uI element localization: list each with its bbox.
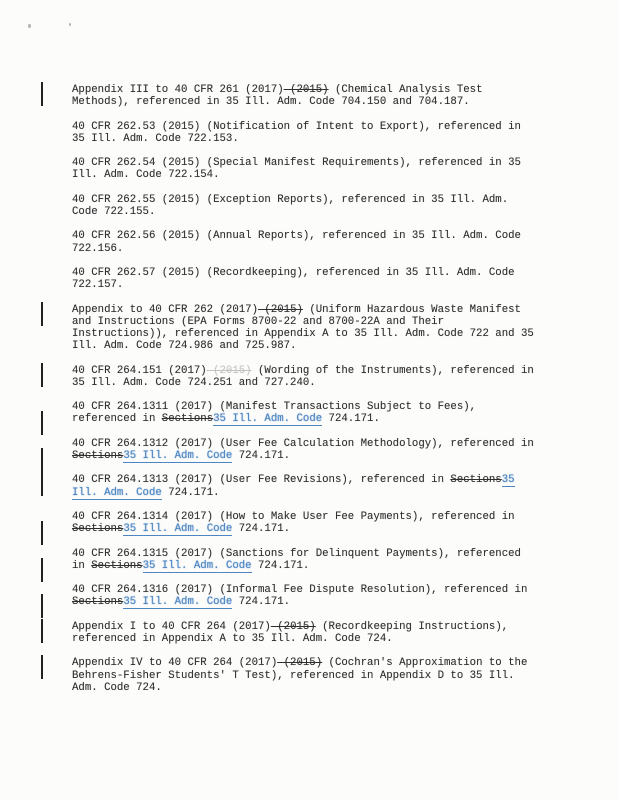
paragraph: 40 CFR 262.54 (2015) (Special Manifest R…: [72, 157, 538, 181]
paragraph: Appendix to 40 CFR 262 (2017) (2015) (Un…: [72, 304, 538, 353]
scan-speck: [69, 23, 71, 26]
text-segment: 40 CFR 264.1313 (2017) (User Fee Revisio…: [72, 474, 450, 486]
text-segment: 40 CFR 262.55 (2015) (Exception Reports)…: [72, 194, 508, 218]
inserted-text: 35 Ill. Adm. Code: [213, 413, 322, 426]
paragraph: 40 CFR 264.1315 (2017) (Sanctions for De…: [72, 548, 538, 572]
scanned-document-page: Appendix III to 40 CFR 261 (2017) (2015)…: [0, 0, 618, 800]
paragraph: Appendix IV to 40 CFR 264 (2017) (2015) …: [72, 657, 538, 694]
change-bar: [41, 558, 43, 582]
change-bar: [41, 82, 43, 106]
text-segment: 724.171.: [162, 487, 220, 499]
text-segment: 724.171.: [232, 596, 290, 608]
change-bar: [41, 302, 43, 326]
paragraph: 40 CFR 264.1312 (2017) (User Fee Calcula…: [72, 438, 538, 462]
strikethrough-text: Sections: [72, 450, 123, 462]
text-segment: Appendix I to 40 CFR 264 (2017): [72, 621, 271, 633]
inserted-text: 35 Ill. Adm. Code: [143, 560, 252, 573]
change-bar: [41, 619, 43, 643]
strikethrough-text: Sections: [450, 474, 501, 486]
change-bar: [41, 655, 43, 679]
strikethrough-text: (2015): [277, 657, 322, 669]
paragraph: 40 CFR 264.1316 (2017) (Informal Fee Dis…: [72, 584, 538, 608]
inserted-text: 35 Ill. Adm. Code: [123, 450, 232, 463]
strikethrough-text: (2015): [284, 84, 329, 96]
strikethrough-text: (2015): [258, 304, 303, 316]
strikethrough-text: Sections: [91, 560, 142, 572]
change-bar: [41, 363, 43, 387]
paragraph-list: Appendix III to 40 CFR 261 (2017) (2015)…: [72, 84, 538, 706]
text-segment: 724.171.: [322, 413, 380, 425]
inserted-text: 35 Ill. Adm. Code: [123, 596, 232, 609]
text-segment: 40 CFR 262.53 (2015) (Notification of In…: [72, 121, 521, 145]
text-segment: 724.171.: [232, 450, 290, 462]
text-segment: 40 CFR 262.57 (2015) (Recordkeeping), re…: [72, 267, 515, 291]
strikethrough-text: (2015): [207, 365, 252, 377]
paragraph: 40 CFR 262.53 (2015) (Notification of In…: [72, 121, 538, 145]
text-segment: 40 CFR 264.1314 (2017) (How to Make User…: [72, 511, 515, 523]
paragraph: 40 CFR 264.1313 (2017) (User Fee Revisio…: [72, 474, 538, 498]
strikethrough-text: (2015): [271, 621, 316, 633]
text-segment: 724.171.: [252, 560, 310, 572]
paragraph: 40 CFR 264.1314 (2017) (How to Make User…: [72, 511, 538, 535]
strikethrough-text: Sections: [162, 413, 213, 425]
inserted-text: 35 Ill. Adm. Code: [123, 523, 232, 536]
text-segment: 40 CFR 264.1316 (2017) (Informal Fee Dis…: [72, 584, 527, 596]
change-bar: [41, 472, 43, 496]
strikethrough-text: Sections: [72, 596, 123, 608]
change-bar: [41, 411, 43, 435]
text-segment: Appendix IV to 40 CFR 264 (2017): [72, 657, 277, 669]
text-segment: 40 CFR 264.151 (2017): [72, 365, 207, 377]
text-segment: 724.171.: [232, 523, 290, 535]
paragraph: 40 CFR 264.1311 (2017) (Manifest Transac…: [72, 401, 538, 425]
text-segment: Appendix to 40 CFR 262 (2017): [72, 304, 258, 316]
paragraph: Appendix I to 40 CFR 264 (2017) (2015) (…: [72, 621, 538, 645]
change-bar: [41, 521, 43, 545]
change-bar: [41, 448, 43, 472]
paragraph: 40 CFR 262.55 (2015) (Exception Reports)…: [72, 194, 538, 218]
change-bar: [41, 594, 43, 618]
paragraph: 40 CFR 262.56 (2015) (Annual Reports), r…: [72, 230, 538, 254]
paragraph: Appendix III to 40 CFR 261 (2017) (2015)…: [72, 84, 538, 108]
text-segment: Appendix III to 40 CFR 261 (2017): [72, 84, 284, 96]
paragraph: 40 CFR 262.57 (2015) (Recordkeeping), re…: [72, 267, 538, 291]
paragraph: 40 CFR 264.151 (2017) (2015) (Wording of…: [72, 365, 538, 389]
strikethrough-text: Sections: [72, 523, 123, 535]
text-segment: 40 CFR 264.1312 (2017) (User Fee Calcula…: [72, 438, 534, 450]
text-segment: 40 CFR 262.54 (2015) (Special Manifest R…: [72, 157, 521, 181]
text-segment: 40 CFR 262.56 (2015) (Annual Reports), r…: [72, 230, 521, 254]
scan-speck: [28, 24, 31, 28]
